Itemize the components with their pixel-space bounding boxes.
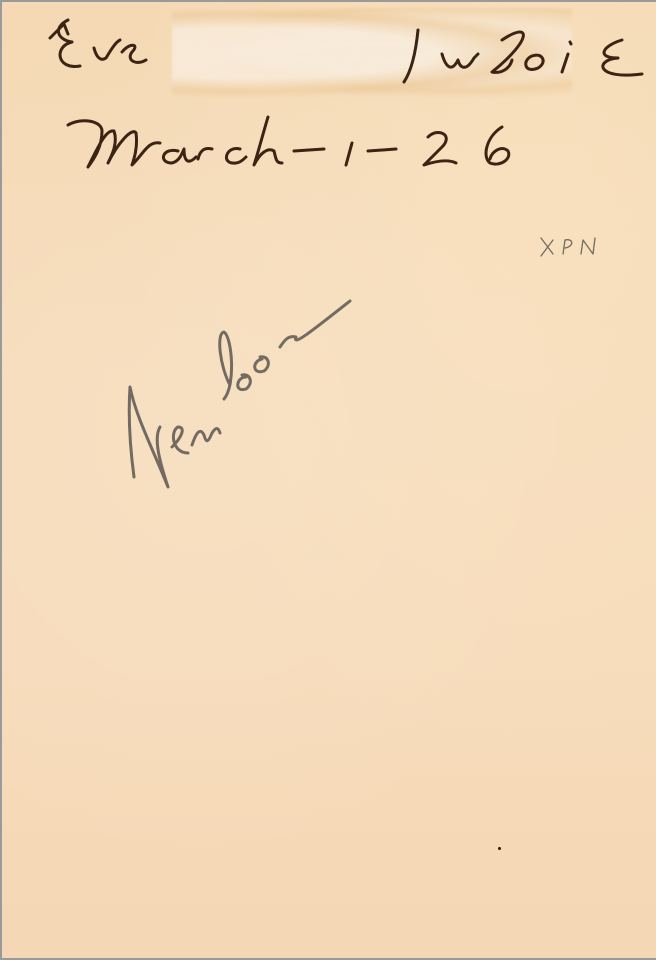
card-back: Eve... ...avloie March-1-26 XPN Newloor xyxy=(2,2,656,958)
ink-name-left xyxy=(42,12,182,82)
pencil-signature xyxy=(112,277,372,507)
ink-date-line xyxy=(62,107,542,187)
ink-speck xyxy=(498,847,501,850)
pencil-code-xpn xyxy=(537,232,607,262)
ink-name-right xyxy=(382,20,656,90)
